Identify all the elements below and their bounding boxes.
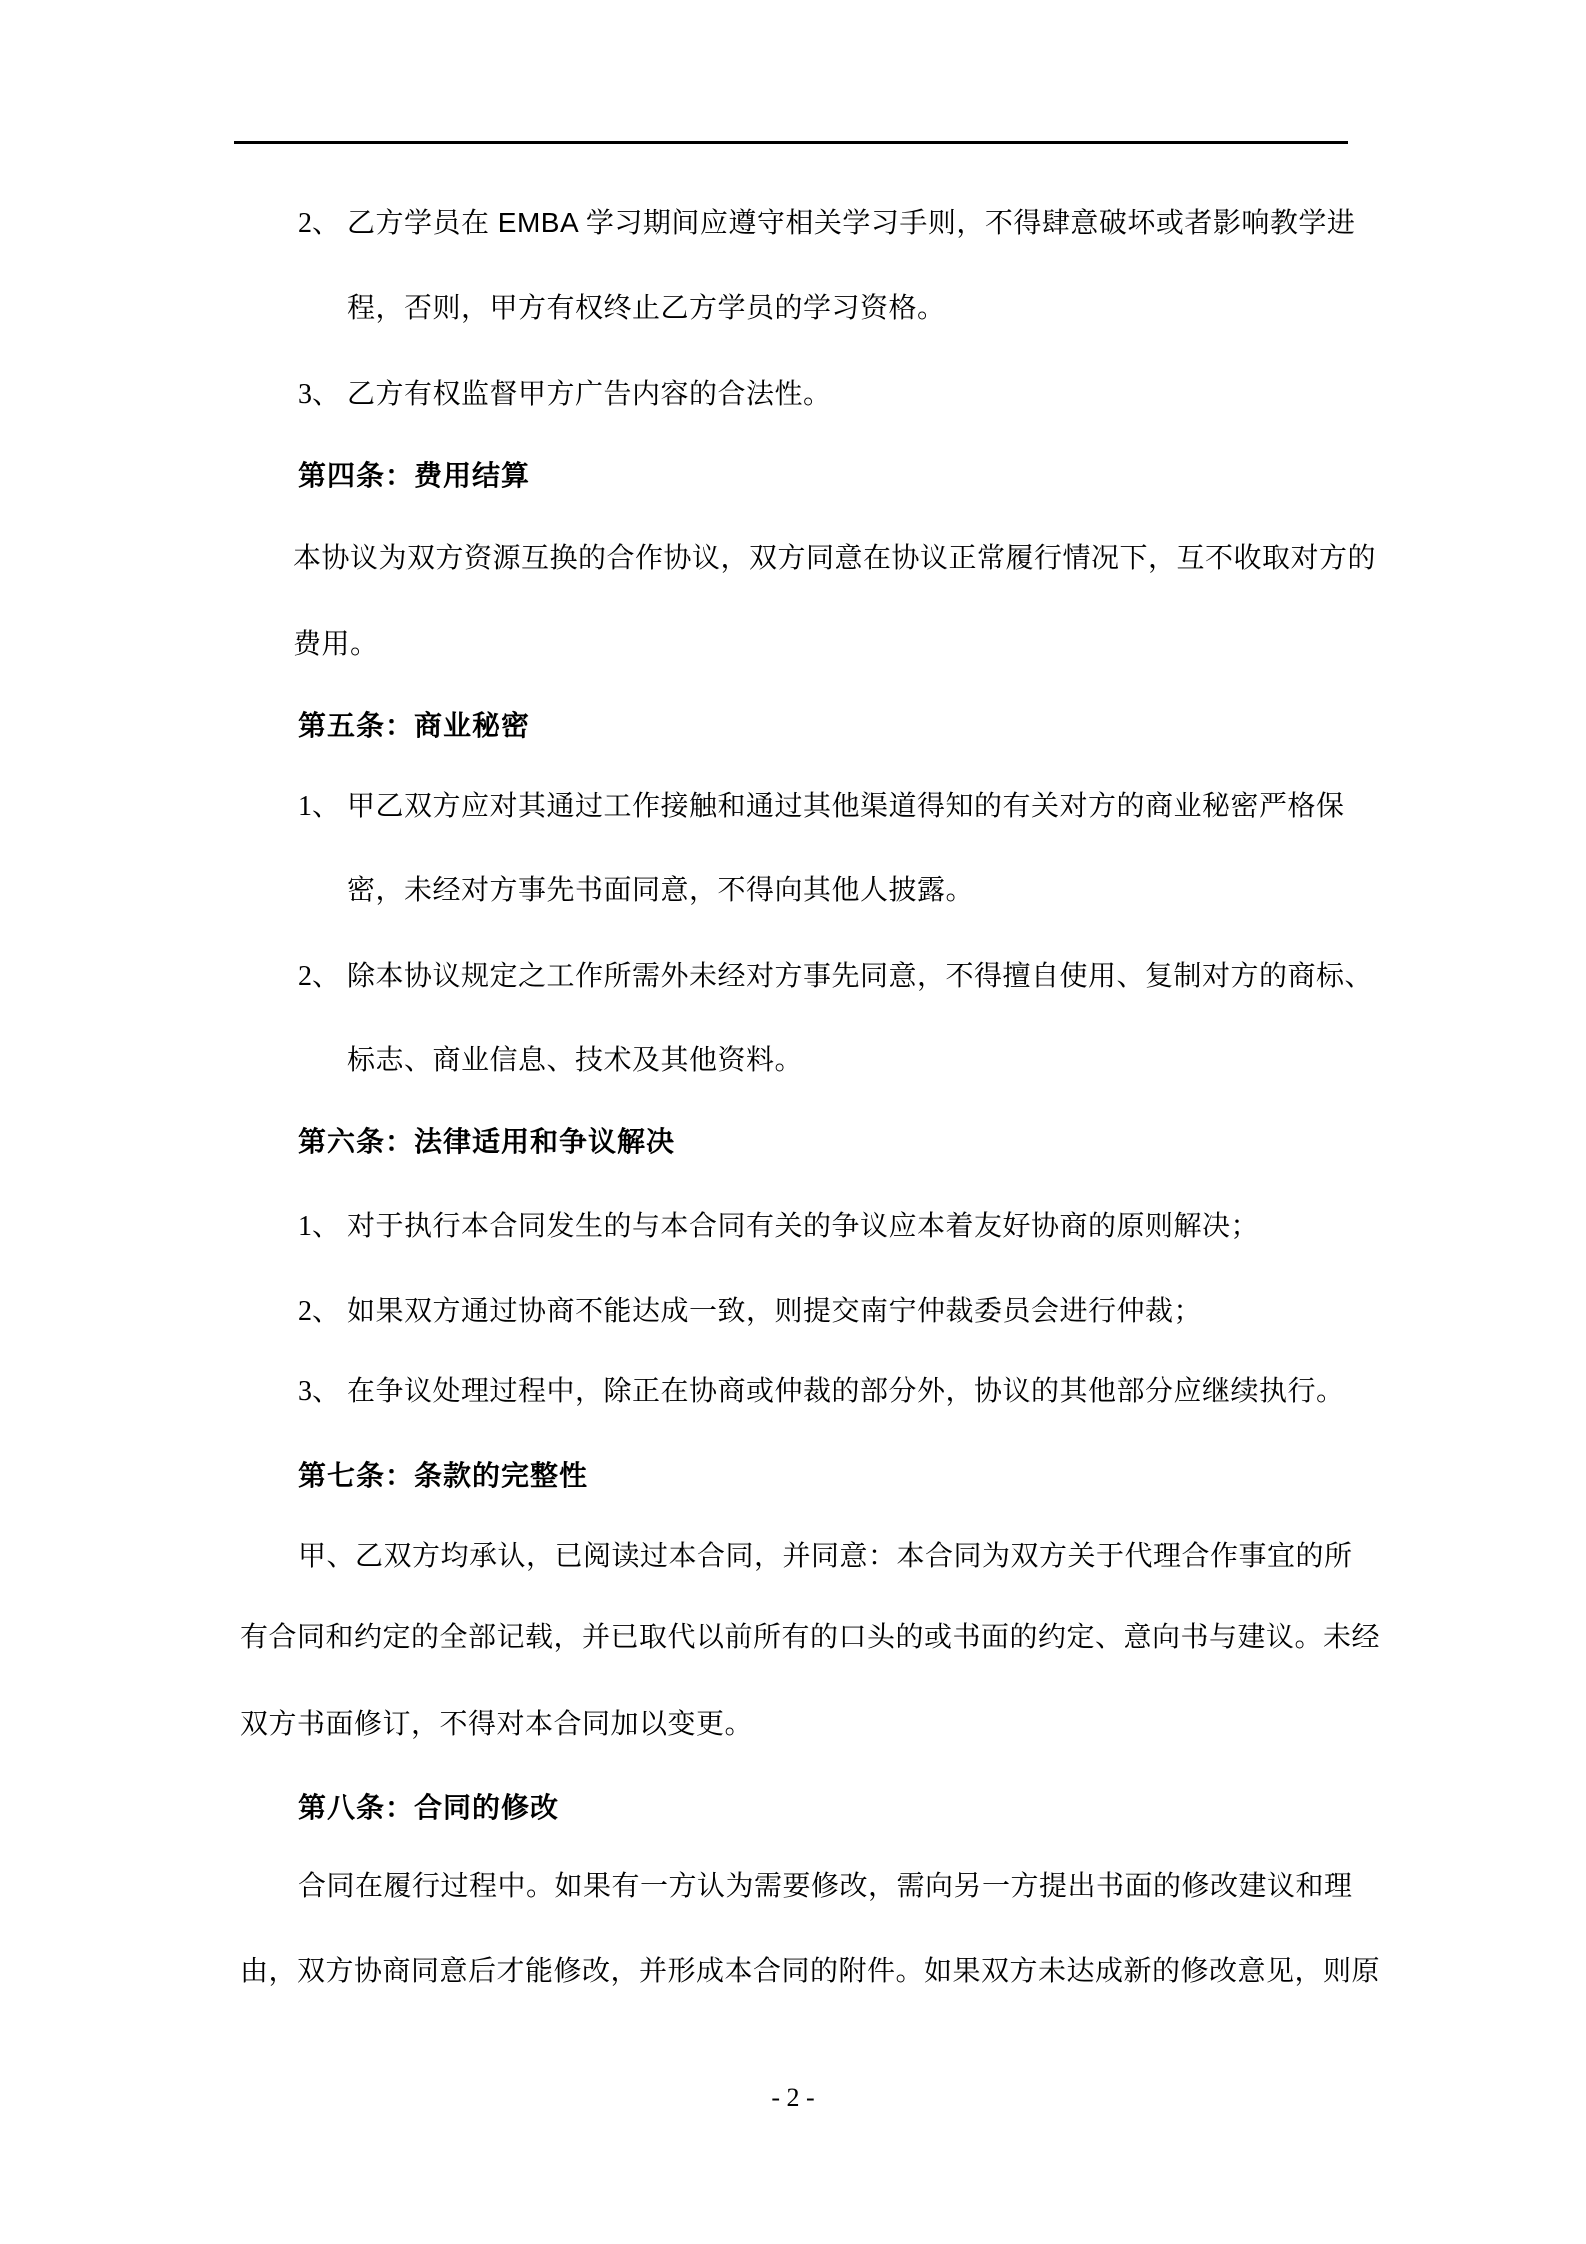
text-line: 程，否则，甲方有权终止乙方学员的学习资格。 <box>347 291 946 325</box>
line-text: 有合同和约定的全部记载，并已取代以前所有的口头的或书面的约定、意向书与建议。未经 <box>240 1621 1380 1652</box>
list-number: 1、 <box>298 1210 347 1244</box>
text-line: 费用。 <box>293 627 379 661</box>
list-number: 2、 <box>298 960 347 994</box>
text-line: 甲、乙双方均承认，已阅读过本合同，并同意：本合同为双方关于代理合作事宜的所 <box>298 1539 1353 1573</box>
list-number: 3、 <box>298 378 347 412</box>
list-number: 1、 <box>298 790 347 824</box>
text-line: 3、乙方有权监督甲方广告内容的合法性。 <box>298 377 832 412</box>
list-number: 2、 <box>298 1295 347 1329</box>
text-line: 2、乙方学员在 EMBA 学习期间应遵守相关学习手则，不得肆意破坏或者影响教学进 <box>298 206 1355 241</box>
line-text: 第六条：法律适用和争议解决 <box>298 1126 675 1157</box>
document-page: 2、乙方学员在 EMBA 学习期间应遵守相关学习手则，不得肆意破坏或者影响教学进… <box>0 0 1586 2244</box>
text-line: 1、甲乙双方应对其通过工作接触和通过其他渠道得知的有关对方的商业秘密严格保 <box>298 789 1345 824</box>
line-text: 费用。 <box>293 628 379 659</box>
line-text: 乙方学员在 EMBA 学习期间应遵守相关学习手则，不得肆意破坏或者影响教学进 <box>347 207 1355 238</box>
line-text: 标志、商业信息、技术及其他资料。 <box>347 1044 803 1075</box>
line-text: 第五条：商业秘密 <box>298 710 530 741</box>
clause-heading: 第八条：合同的修改 <box>298 1791 559 1825</box>
text-line: 有合同和约定的全部记载，并已取代以前所有的口头的或书面的约定、意向书与建议。未经 <box>240 1620 1380 1654</box>
text-line: 标志、商业信息、技术及其他资料。 <box>347 1043 803 1077</box>
clause-heading: 第四条：费用结算 <box>298 459 530 493</box>
line-text: 第八条：合同的修改 <box>298 1792 559 1823</box>
line-text: 除本协议规定之工作所需外未经对方事先同意，不得擅自使用、复制对方的商标、 <box>347 960 1373 991</box>
text-line: 1、对于执行本合同发生的与本合同有关的争议应本着友好协商的原则解决； <box>298 1209 1259 1244</box>
line-text: 双方书面修订，不得对本合同加以变更。 <box>240 1708 753 1739</box>
list-number: 3、 <box>298 1375 347 1409</box>
clause-heading: 第五条：商业秘密 <box>298 709 530 743</box>
clause-heading: 第六条：法律适用和争议解决 <box>298 1125 675 1159</box>
line-text: 程，否则，甲方有权终止乙方学员的学习资格。 <box>347 292 946 323</box>
text-line: 3、在争议处理过程中，除正在协商或仲裁的部分外，协议的其他部分应继续执行。 <box>298 1374 1345 1409</box>
text-line: 由，双方协商同意后才能修改，并形成本合同的附件。如果双方未达成新的修改意见，则原 <box>240 1954 1380 1988</box>
page-number: - 2 - <box>0 2082 1586 2114</box>
line-text: 对于执行本合同发生的与本合同有关的争议应本着友好协商的原则解决； <box>347 1210 1259 1241</box>
text-line: 2、除本协议规定之工作所需外未经对方事先同意，不得擅自使用、复制对方的商标、 <box>298 959 1373 994</box>
line-text: 第四条：费用结算 <box>298 460 530 491</box>
line-text: 甲乙双方应对其通过工作接触和通过其他渠道得知的有关对方的商业秘密严格保 <box>347 790 1345 821</box>
line-text: 合同在履行过程中。如果有一方认为需要修改，需向另一方提出书面的修改建议和理 <box>298 1870 1353 1901</box>
text-line: 密，未经对方事先书面同意，不得向其他人披露。 <box>347 873 974 907</box>
line-text: 本协议为双方资源互换的合作协议，双方同意在协议正常履行情况下，互不收取对方的 <box>293 542 1376 573</box>
line-text: 如果双方通过协商不能达成一致，则提交南宁仲裁委员会进行仲裁； <box>347 1295 1202 1326</box>
line-text: 甲、乙双方均承认，已阅读过本合同，并同意：本合同为双方关于代理合作事宜的所 <box>298 1540 1353 1571</box>
text-line: 2、如果双方通过协商不能达成一致，则提交南宁仲裁委员会进行仲裁； <box>298 1294 1202 1329</box>
line-text: 在争议处理过程中，除正在协商或仲裁的部分外，协议的其他部分应继续执行。 <box>347 1375 1345 1406</box>
line-text: 密，未经对方事先书面同意，不得向其他人披露。 <box>347 874 974 905</box>
list-number: 2、 <box>298 207 347 241</box>
line-text: 乙方有权监督甲方广告内容的合法性。 <box>347 378 832 409</box>
header-rule <box>234 141 1348 144</box>
line-text: 由，双方协商同意后才能修改，并形成本合同的附件。如果双方未达成新的修改意见，则原 <box>240 1955 1380 1986</box>
clause-heading: 第七条：条款的完整性 <box>298 1459 588 1493</box>
text-line: 合同在履行过程中。如果有一方认为需要修改，需向另一方提出书面的修改建议和理 <box>298 1869 1353 1903</box>
text-line: 本协议为双方资源互换的合作协议，双方同意在协议正常履行情况下，互不收取对方的 <box>293 541 1376 575</box>
line-text: 第七条：条款的完整性 <box>298 1460 588 1491</box>
text-line: 双方书面修订，不得对本合同加以变更。 <box>240 1707 753 1741</box>
